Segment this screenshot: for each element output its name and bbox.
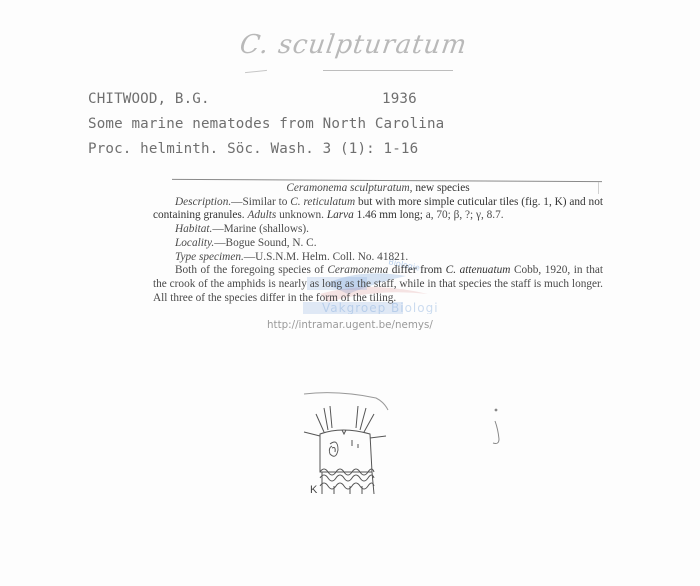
publication-year: 1936 <box>382 91 417 107</box>
author-name: CHITWOOD, B.G. <box>88 91 210 107</box>
figure-label-k: K <box>310 484 317 496</box>
heading-species-name: Ceramonema sculpturatum, <box>286 182 412 194</box>
handwritten-species-annotation: C. sculpturatum <box>238 30 469 60</box>
adults-text: unknown. <box>276 209 327 221</box>
larva-text: 1.46 mm long; <box>354 209 426 221</box>
annotation-dash <box>245 70 267 73</box>
watermark-url[interactable]: http://intramar.ugent.be/nemys/ <box>267 319 433 331</box>
description-label: Description. <box>175 196 231 208</box>
locality-label: Locality. <box>175 237 214 249</box>
remarks-text: Both of the foregoing species of <box>175 264 327 276</box>
publication-title: Some marine nematodes from North Carolin… <box>88 116 444 132</box>
amphid-hook-figure <box>488 405 510 449</box>
nematode-head-figure <box>298 388 394 498</box>
locality-line: Locality.—Bogue Sound, N. C. <box>153 237 603 251</box>
larva-label: Larva <box>327 209 354 221</box>
species-description-clipping: Ceramonema sculpturatum, new species Des… <box>153 182 603 305</box>
habitat-text: —Marine (shallows). <box>212 223 309 235</box>
habitat-label: Habitat. <box>175 223 212 235</box>
species-heading: Ceramonema sculpturatum, new species <box>153 182 603 196</box>
annotation-underline <box>323 70 453 71</box>
habitat-line: Habitat.—Marine (shallows). <box>153 223 603 237</box>
description-text: —Similar to <box>231 196 290 208</box>
locality-text: —Bogue Sound, N. C. <box>214 237 316 249</box>
remarks-genus: Ceramonema <box>327 264 388 276</box>
type-specimen-text: —U.S.N.M. Helm. Coll. No. 41821. <box>244 251 408 263</box>
body-ratios: a, 70; β, ?; γ, 8.7. <box>426 209 504 221</box>
remarks-paragraph: Both of the foregoing species of Ceramon… <box>153 264 603 305</box>
publication-citation: Proc. helminth. Söc. Wash. 3 (1): 1-16 <box>88 141 418 157</box>
type-specimen-line: Type specimen.—U.S.N.M. Helm. Coll. No. … <box>153 251 603 265</box>
description-paragraph: Description.—Similar to C. reticulatum b… <box>153 196 603 223</box>
adults-label: Adults <box>247 209 276 221</box>
remarks-species: C. attenuatum <box>446 264 511 276</box>
heading-new-species: new species <box>415 182 469 194</box>
description-reference-species: C. reticulatum <box>290 196 355 208</box>
remarks-text: differ from <box>388 264 445 276</box>
type-specimen-label: Type specimen. <box>175 251 244 263</box>
